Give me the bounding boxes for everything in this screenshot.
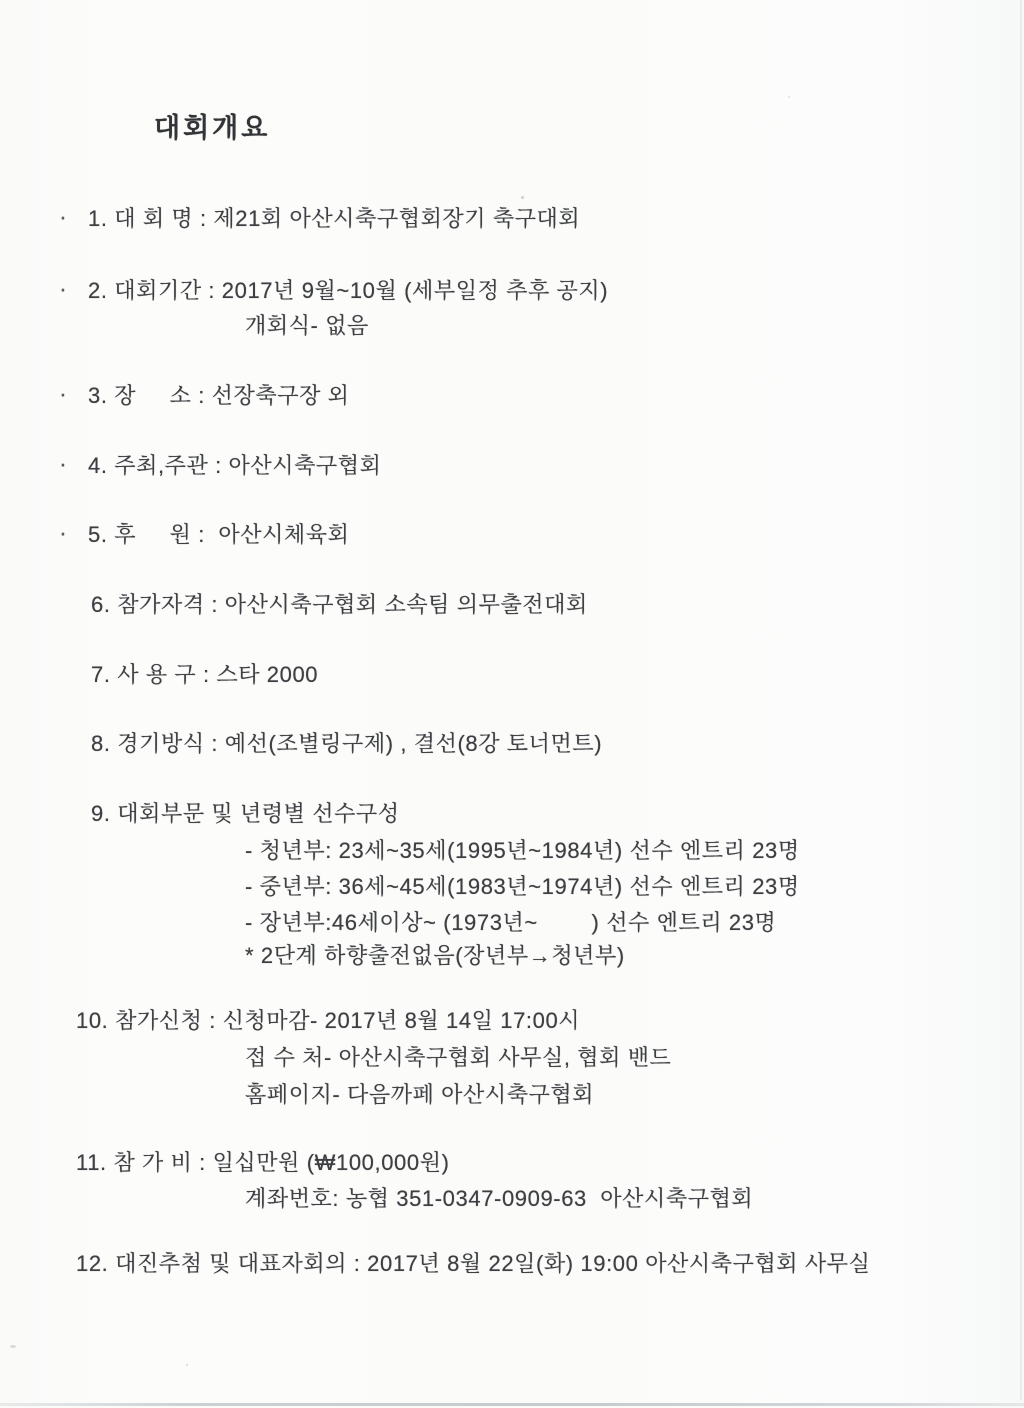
list-item-9: 9. 대회부문 및 년령별 선수구성 xyxy=(91,801,400,827)
list-item-10-sub-1: 접 수 처- 아산시축구협회 사무실, 협회 밴드 xyxy=(245,1045,671,1071)
list-item-9-sub-4: * 2단계 하향출전없음(장년부→청년부) xyxy=(245,943,625,969)
margin-dot: · xyxy=(56,278,70,298)
scan-speck xyxy=(521,196,524,199)
list-item-8: 8. 경기방식 : 예선(조별링구제) , 결선(8강 토너먼트) xyxy=(91,731,602,757)
scan-edge-right xyxy=(1020,0,1022,1400)
list-item-1: 1. 대 회 명 : 제21회 아산시축구협회장기 축구대회 xyxy=(88,206,580,232)
list-item-3: 3. 장 소 : 선장축구장 외 xyxy=(88,383,350,409)
margin-dot: · xyxy=(56,453,70,473)
list-item-9-sub-2: - 중년부: 36세~45세(1983년~1974년) 선수 엔트리 23명 xyxy=(245,874,800,900)
list-item-5: 5. 후 원 : 아산시체육회 xyxy=(88,522,350,548)
margin-dot: · xyxy=(56,522,70,542)
list-item-6: 6. 참가자격 : 아산시축구협회 소속팀 의무출전대회 xyxy=(91,592,588,618)
list-item-11-sub-1: 계좌번호: 농협 351-0347-0909-63 아산시축구협회 xyxy=(245,1186,753,1212)
list-item-12: 12. 대진추첨 및 대표자회의 : 2017년 8월 22일(화) 19:00… xyxy=(76,1251,870,1277)
list-item-9-sub-3: - 장년부:46세이상~ (1973년~ ) 선수 엔트리 23명 xyxy=(245,910,776,936)
list-item-2-sub-1: 개회식- 없음 xyxy=(245,313,369,339)
list-item-9-sub-1: - 청년부: 23세~35세(1995년~1984년) 선수 엔트리 23명 xyxy=(245,838,800,864)
list-item-10-sub-2: 홈페이지- 다음까페 아산시축구협회 xyxy=(245,1082,594,1108)
list-item-11: 11. 참 가 비 : 일십만원 (₩100,000원) xyxy=(76,1150,450,1176)
document-title: 대회개요 xyxy=(154,112,270,144)
list-item-10: 10. 참가신청 : 신청마감- 2017년 8월 14일 17:00시 xyxy=(76,1008,580,1034)
list-item-2: 2. 대회기간 : 2017년 9월~10월 (세부일정 추후 공지) xyxy=(88,278,608,304)
scan-speck xyxy=(10,1345,16,1348)
scan-speck xyxy=(186,1364,188,1366)
margin-dot: · xyxy=(56,383,70,403)
scan-speck xyxy=(788,96,790,98)
scanned-page: 대회개요 · · · · · 1. 대 회 명 : 제21회 아산시축구협회장기… xyxy=(0,0,1024,1408)
list-item-4: 4. 주최,주관 : 아산시축구협회 xyxy=(88,453,381,479)
list-item-7: 7. 사 용 구 : 스타 2000 xyxy=(91,662,318,688)
margin-dot: · xyxy=(56,206,70,226)
scan-edge-bottom xyxy=(0,1403,1024,1406)
